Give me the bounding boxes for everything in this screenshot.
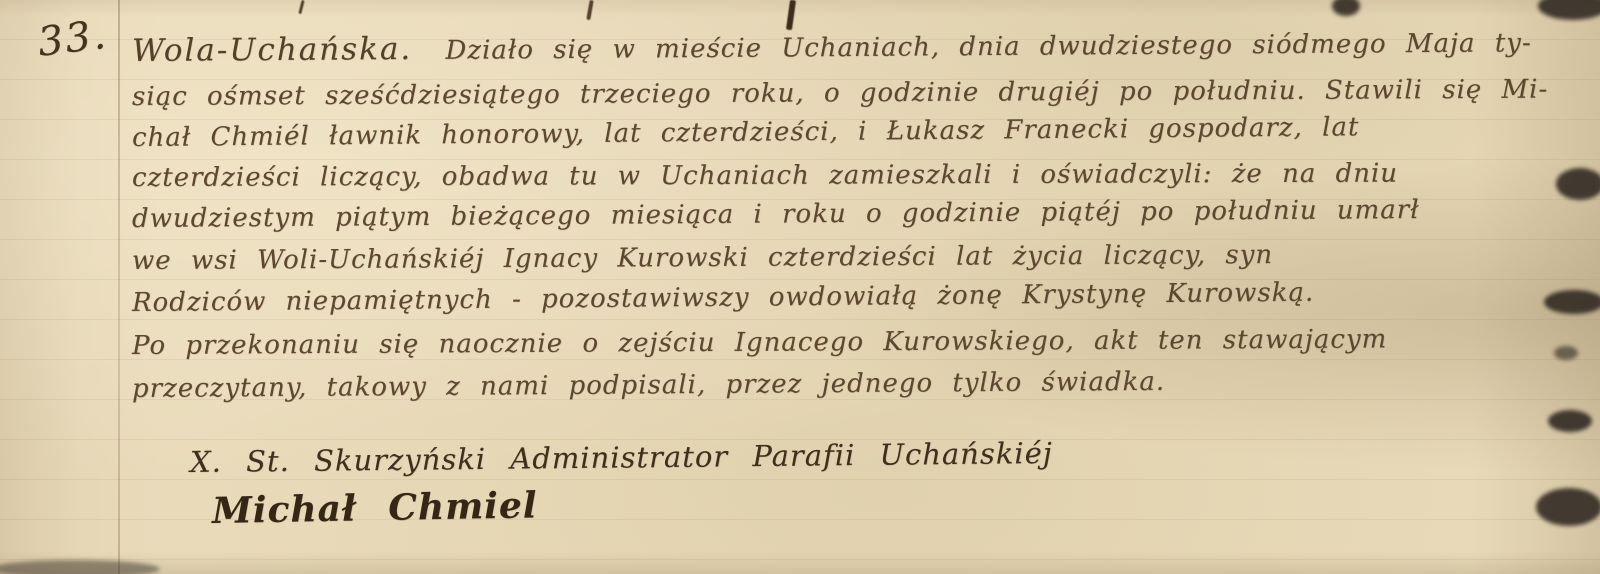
- ink-stain: [1556, 168, 1600, 200]
- ink-stain: [1536, 488, 1600, 526]
- document-scan-paper: 33. Wola-Uchańska. Działo się w mieście …: [0, 0, 1600, 574]
- ink-stain: [1548, 410, 1592, 432]
- record-line: czterdzieści liczący, obadwa tu w Uchani…: [132, 159, 1398, 193]
- record-line: Rodziców niepamiętnych - pozostawiwszy o…: [132, 278, 1314, 318]
- ink-stain: [1554, 346, 1578, 360]
- paper-edge-shadow: [0, 560, 160, 574]
- ink-descender-mark: [586, 0, 593, 20]
- record-line: siąc ośmset sześćdziesiątego trzeciego r…: [132, 75, 1548, 112]
- ink-descender-mark: [298, 0, 304, 14]
- ink-stain: [1544, 290, 1600, 314]
- ink-stain: [1332, 0, 1360, 16]
- margin-column-divider-line: [118, 0, 120, 574]
- record-line: we wsi Woli-Uchańskiéj Ignacy Kurowski c…: [132, 240, 1273, 276]
- record-line-text: Działo się w mieście Uchaniach, dnia dwu…: [445, 28, 1531, 66]
- record-line: przeczytany, takowy z nami podpisali, pr…: [132, 367, 1165, 404]
- record-line: Wola-Uchańska. Działo się w mieście Ucha…: [132, 23, 1532, 69]
- record-line: Po przekonaniu się naocznie o zejściu Ig…: [132, 324, 1387, 361]
- record-line: chał Chmiél ławnik honorowy, lat czterdz…: [132, 112, 1360, 153]
- record-number: 33.: [35, 12, 110, 66]
- signature-parish-administrator: X. St. Skurzyński Administrator Parafii …: [190, 436, 1053, 479]
- signature-witness: Michał Chmiel: [212, 484, 538, 532]
- record-line: dwudziestym piątym bieżącego miesiąca i …: [132, 195, 1420, 234]
- place-heading: Wola-Uchańska.: [132, 31, 412, 69]
- ink-stain: [1538, 0, 1600, 20]
- ink-descender-mark: [786, 0, 796, 30]
